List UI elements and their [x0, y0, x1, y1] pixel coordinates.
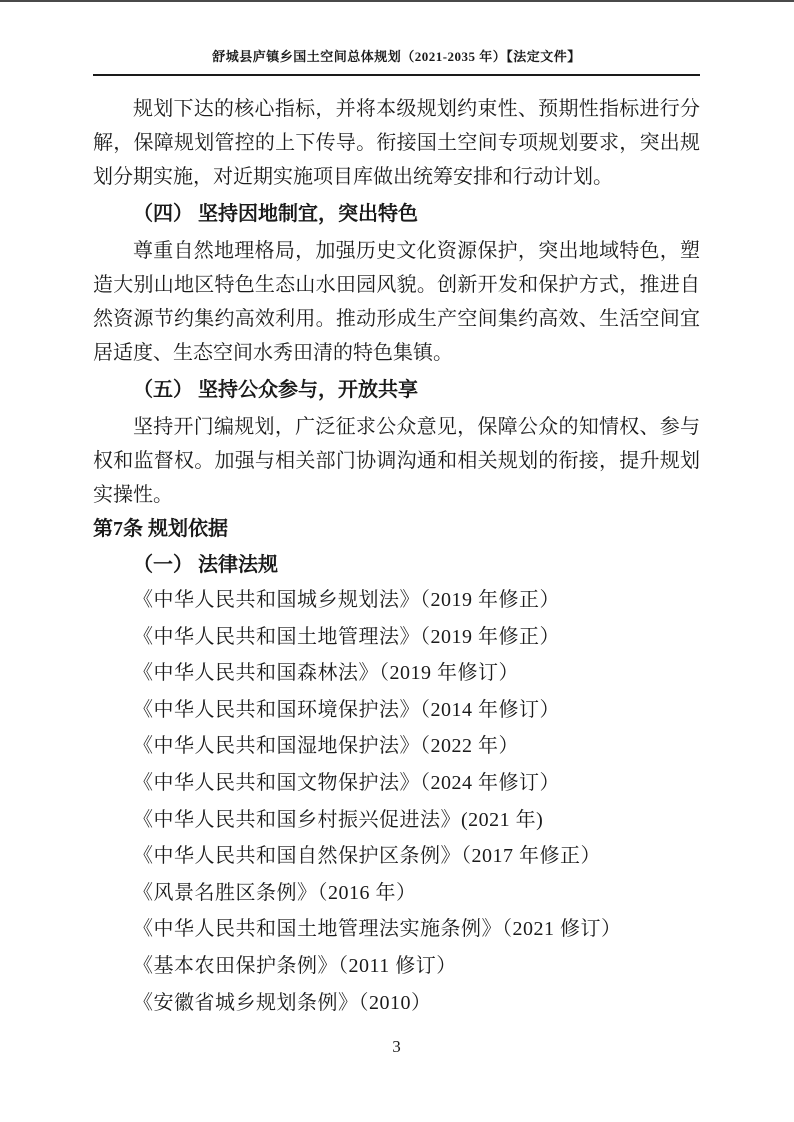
law-list: 《中华人民共和国城乡规划法》（2019 年修正） 《中华人民共和国土地管理法》（… [93, 582, 700, 1021]
law-item: 《中华人民共和国土地管理法》（2019 年修正） [93, 619, 700, 656]
law-item: 《中华人民共和国乡村振兴促进法》(2021 年) [93, 802, 700, 839]
law-item: 《中华人民共和国湿地保护法》（2022 年） [93, 728, 700, 765]
page-header: 舒城县庐镇乡国土空间总体规划（2021-2035 年）【法定文件】 [93, 2, 700, 76]
law-item: 《中华人民共和国城乡规划法》（2019 年修正） [93, 582, 700, 619]
heading-article-7: 第7条 规划依据 [93, 512, 700, 546]
heading-principle-5: （五） 坚持公众参与，开放共享 [93, 373, 700, 407]
law-item: 《中华人民共和国土地管理法实施条例》（2021 修订） [93, 911, 700, 948]
law-item: 《中华人民共和国文物保护法》（2024 年修订） [93, 765, 700, 802]
page-footer: 3 [93, 1037, 700, 1057]
document-body: 规划下达的核心指标，并将本级规划约束性、预期性指标进行分解，保障规划管控的上下传… [93, 76, 700, 1021]
law-item: 《安徽省城乡规划条例》（2010） [93, 985, 700, 1022]
document-page: 舒城县庐镇乡国土空间总体规划（2021-2035 年）【法定文件】 规划下达的核… [0, 0, 794, 1122]
paragraph-core-indicators: 规划下达的核心指标，并将本级规划约束性、预期性指标进行分解，保障规划管控的上下传… [93, 92, 700, 194]
law-item: 《中华人民共和国自然保护区条例》（2017 年修正） [93, 838, 700, 875]
heading-principle-4: （四） 坚持因地制宜，突出特色 [93, 197, 700, 231]
paragraph-principle-5: 坚持开门编规划，广泛征求公众意见，保障公众的知情权、参与权和监督权。加强与相关部… [93, 410, 700, 512]
law-item: 《中华人民共和国森林法》（2019 年修订） [93, 655, 700, 692]
law-item: 《基本农田保护条例》（2011 修订） [93, 948, 700, 985]
law-item: 《风景名胜区条例》（2016 年） [93, 875, 700, 912]
heading-laws-subsection: （一） 法律法规 [93, 548, 700, 582]
running-header-title: 舒城县庐镇乡国土空间总体规划（2021-2035 年）【法定文件】 [93, 46, 700, 65]
paragraph-principle-4: 尊重自然地理格局，加强历史文化资源保护，突出地域特色，塑造大别山地区特色生态山水… [93, 234, 700, 370]
law-item: 《中华人民共和国环境保护法》（2014 年修订） [93, 692, 700, 729]
page-number: 3 [392, 1037, 401, 1057]
